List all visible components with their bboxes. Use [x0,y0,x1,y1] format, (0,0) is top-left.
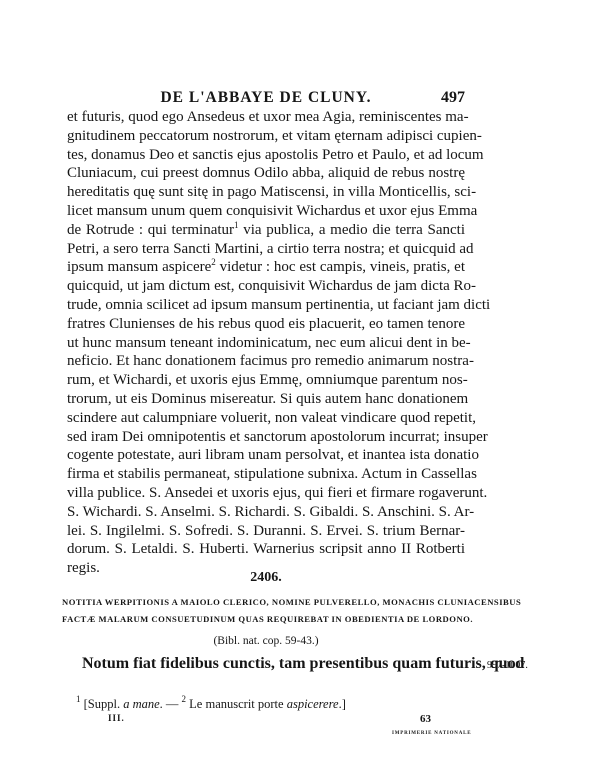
text-line-with-note: ipsum mansum aspicere2 videtur : hoc est… [67,258,465,277]
footnote-italic: aspicerere [287,697,339,711]
text-line: dorum. S. Letaldi. S. Huberti. Warnerius… [67,540,465,559]
running-head: DE L'ABBAYE DE CLUNY. 497 [67,89,465,109]
text-line: villa publice. S. Ansedei et uxoris ejus… [67,484,465,503]
text-line: Cluniacum, cui preest domnus Odilo abba,… [67,164,465,183]
footnote-text: [Suppl. [81,697,124,711]
text-line: quicquid, ut jam dictum est, conquisivit… [67,277,465,296]
text-line: Petri, a sero terra Sancti Martini, a ci… [67,240,465,259]
footnotes: 1 [Suppl. a mane. — 2 Le manuscrit porte… [76,697,346,712]
footnote-text: .] [339,697,346,711]
text-line: ut hunc mansum teneant indominicatum, ne… [67,334,465,353]
text-segment: videtur : hoc est campis, vineis, pratis… [216,259,465,275]
text-line: sed iram Dei omnipotentis et sanctorum a… [67,428,465,447]
charter-incipit: Notum fiat fidelibus cunctis, tam presen… [82,655,465,673]
text-line: gnitudinem peccatorum nostrorum, et vita… [67,127,465,146]
text-line: tes, donamus Deo et sanctis ejus apostol… [67,146,465,165]
text-line-with-note: de Rotrude : qui terminatur1 via publica… [67,221,465,240]
document-page: DE L'ABBAYE DE CLUNY. 497 et futuris, qu… [0,0,600,780]
footnote-text: Le manuscrit porte [186,697,287,711]
source-citation: (Bibl. nat. cop. 59-43.) [67,635,465,647]
page-number: 497 [441,89,465,107]
charter-rubric-line-2: FACTÆ MALARUM CONSUETUDINUM QUAS REQUIRE… [62,614,470,624]
text-line: hereditatis quę sunt sitę in pago Matisc… [67,183,465,202]
text-line: neficio. Et hanc donationem facimus pro … [67,352,465,371]
text-segment: ipsum mansum aspicere [67,259,211,275]
charter-body-text: et futuris, quod ego Ansedeus et uxor me… [67,108,465,578]
text-line: scindere aut calumpniare voluerit, non v… [67,409,465,428]
text-line: trorum, ut eis Dominus misereatur. Si qu… [67,390,465,409]
marginal-date: 997-1007. [487,660,528,671]
text-line: S. Wichardi. S. Anselmi. S. Richardi. S.… [67,503,465,522]
charter-rubric-line-1: NOTITIA WERPITIONIS A MAIOLO CLERICO, NO… [62,597,470,607]
footnote-italic: a mane [123,697,159,711]
text-line: licet mansum unum quem conquisivit Wicha… [67,202,465,221]
text-line: firma et stabilis permaneat, stipulation… [67,465,465,484]
text-line: et futuris, quod ego Ansedeus et uxor me… [67,108,465,127]
printer-imprint: IMPRIMERIE NATIONALE [392,731,471,736]
volume-signature: III. [108,713,125,723]
footnote-text: . — [160,697,182,711]
sheet-number: 63 [420,713,431,725]
text-segment: via publica, a medio die terra Sancti [239,222,465,238]
running-title: DE L'ABBAYE DE CLUNY. [67,89,465,107]
text-line: fratres Clunienses de his rebus quod eis… [67,315,465,334]
text-segment: de Rotrude : qui terminatur [67,222,234,238]
text-line: cogente potestate, auri libram unam pers… [67,446,465,465]
text-line: rum, et Wichardi, et uxoris ejus Emmę, o… [67,371,465,390]
charter-number: 2406. [67,570,465,586]
text-line: trude, omnia scilicet ad ipsum mansum pe… [67,296,465,315]
text-line: lei. S. Ingilelmi. S. Sofredi. S. Durann… [67,522,465,541]
